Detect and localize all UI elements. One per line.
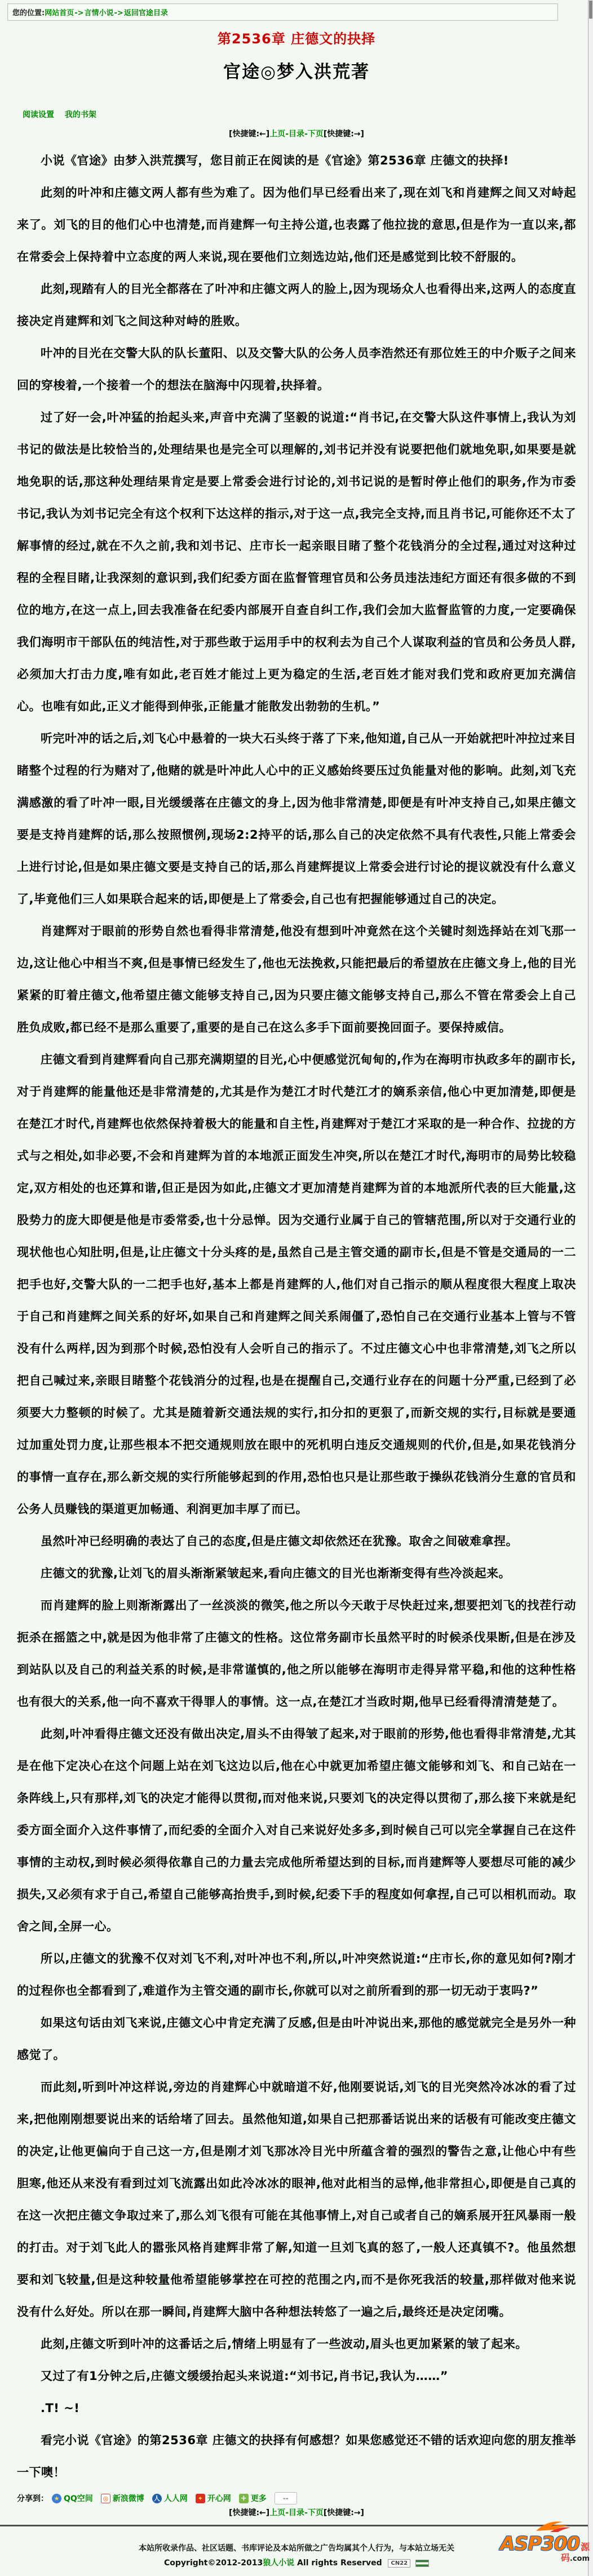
- paragraph: 虽然叶冲已经明确的表达了自己的态度,但是庄德文却依然还在犹豫。取舍之间破难拿捏。: [17, 1525, 576, 1558]
- novel-reader-page: 您的位置:网站首页->言情小说->返回官途目录 第2536章 庄德文的抉择 官途…: [0, 0, 593, 2576]
- paragraph: 肖建辉对于眼前的形势自然也看得非常清楚,他没有想到叶冲竟然在这个关键时刻选择站在…: [17, 915, 576, 1044]
- scrollbar[interactable]: [588, 0, 593, 2576]
- share-renren-link[interactable]: 人人网: [164, 2493, 188, 2504]
- weibo-icon[interactable]: ◎: [101, 2494, 110, 2503]
- flame-icon: [533, 2519, 573, 2533]
- paragraph: 过了好一会,叶冲猛的抬起头来,声音中充满了坚毅的说道:“肖书记,在交警大队这件事…: [17, 402, 576, 723]
- breadcrumb-link[interactable]: 网站首页: [45, 9, 74, 17]
- share-bar: 分享到： ★QQ空间◎新浪微博人人人网✦开心网+更多 --: [17, 2492, 593, 2504]
- hotkey-left-label: [快捷键:←]: [229, 2508, 269, 2517]
- paragraph: 庄德文的犹豫,让刘飞的眉头渐渐紧皱起来,看向庄德文的目光也渐渐变得有些冷淡起来。: [17, 1558, 576, 1590]
- reader-toolbar: 阅读设置 我的书架: [23, 109, 593, 120]
- paragraph: 而此刻,听到叶冲这样说,旁边的肖建辉心中就暗道不好,他刚要说话,刘飞的目光突然冷…: [17, 2071, 576, 2328]
- more-icon[interactable]: +: [239, 2494, 249, 2503]
- pager-top: [快捷键:←]上页-目录-下页[快捷键:→]: [0, 128, 593, 139]
- share-weibo-link[interactable]: 新浪微博: [113, 2493, 144, 2504]
- chapter-title: 第2536章 庄德文的抉择: [0, 28, 593, 47]
- prev-page-link[interactable]: 上页: [269, 130, 285, 139]
- breadcrumb-link[interactable]: 返回官途目录: [124, 9, 168, 17]
- share-label: 分享到：: [17, 2493, 48, 2504]
- renren-icon[interactable]: 人: [152, 2494, 162, 2503]
- my-bookshelf-link[interactable]: 我的书架: [65, 110, 96, 119]
- chapter-content: 小说《官途》由梦入洪荒撰写，您目前正在阅读的是《官途》第2536章 庄德文的抉择…: [17, 145, 576, 2489]
- paragraph: 此刻的叶冲和庄德文两人都有些为难了。因为他们早已经看出来了,现在刘飞和肖建辉之间…: [17, 177, 576, 273]
- share-items: ★QQ空间◎新浪微博人人人网✦开心网+更多: [52, 2493, 275, 2504]
- next-page-link[interactable]: 下页: [308, 130, 324, 139]
- paragraph: 所以,庄德文的犹豫不仅对刘飞不利,对叶冲也不利,所以,叶冲突然说道:“庄市长,你…: [17, 1943, 576, 2007]
- share-qzone-link[interactable]: QQ空间: [64, 2493, 93, 2504]
- book-title: 官途◎梦入洪荒著: [0, 57, 593, 83]
- cn-badge: CN22: [388, 2559, 410, 2568]
- share-more-link[interactable]: 更多: [251, 2493, 267, 2504]
- pager-bottom: [快捷键:←]上页-目录-下页[快捷键:→]: [0, 2507, 593, 2518]
- next-page-link[interactable]: 下页: [308, 2508, 324, 2517]
- paragraph: 此刻,叶冲看得庄德文还没有做出决定,眉头不由得皱了起来,对于眼前的形势,他也看得…: [17, 1718, 576, 1943]
- kaixin-icon[interactable]: ✦: [196, 2494, 205, 2503]
- scrollbar-thumb[interactable]: [589, 1, 592, 19]
- breadcrumb: 您的位置:网站首页->言情小说->返回官途目录: [7, 3, 558, 21]
- paragraph: 此刻,庄德文听到叶冲的这番话之后,情绪上明显有了一些波动,眉头也更加紧紧的皱了起…: [17, 2328, 576, 2360]
- toc-link[interactable]: 目录: [289, 130, 304, 139]
- breadcrumb-link[interactable]: 言情小说: [85, 9, 114, 17]
- prev-page-link[interactable]: 上页: [269, 2508, 285, 2517]
- hotkey-left-label: [快捷键:←]: [229, 130, 269, 139]
- reading-settings-link[interactable]: 阅读设置: [23, 110, 54, 119]
- site-name-link[interactable]: 狼人小说: [263, 2559, 294, 2568]
- share-kaixin-link[interactable]: 开心网: [207, 2493, 231, 2504]
- hotkey-right-label: [快捷键:→]: [324, 130, 364, 139]
- paragraph: 庄德文看到肖建辉看向自己那充满期望的目光,心中便感觉沉甸甸的,作为在海明市执政多…: [17, 1044, 576, 1525]
- toc-link[interactable]: 目录: [289, 2508, 304, 2517]
- paragraph: 听完叶冲的话之后,刘飞心中悬着的一块大石头终于落了下来,他知道,自己从一开始就把…: [17, 723, 576, 915]
- paragraph: .T! ~!: [17, 2392, 576, 2424]
- hotkey-right-label: [快捷键:→]: [324, 2508, 364, 2517]
- flag-badge: [415, 2560, 429, 2567]
- paragraph: 叶冲的目光在交警大队的队长董阳、以及交警大队的公务人员李浩然还有那位姓王的中介贩…: [17, 337, 576, 402]
- paragraph: 如果这句话由刘飞来说,庄德文心中肯定充满了反感,但是由叶冲说出来,那他的感觉就完…: [17, 2007, 576, 2071]
- paragraph: 又过了有1分钟之后,庄德文缓缓抬起头来说道:“刘书记,肖书记,我认为……”: [17, 2360, 576, 2392]
- breadcrumb-prefix: 您的位置:: [12, 7, 45, 17]
- footer: 本站所收录作品、社区话题、书库评论及本站所做之广告均属其个人行为，与本站立场无关…: [0, 2526, 593, 2576]
- paragraph: 而肖建辉的脸上则渐渐露出了一丝淡淡的微笑,他之所以今天敢于尽快赶过来,想要把刘飞…: [17, 1590, 576, 1718]
- breadcrumb-links: 网站首页->言情小说->返回官途目录: [45, 7, 168, 17]
- qzone-icon[interactable]: ★: [52, 2494, 61, 2503]
- share-more-box[interactable]: --: [275, 2492, 297, 2504]
- paragraph: 看完小说《官途》的第2536章 庄德文的抉择有何感想？如果您感觉还不错的话欢迎向…: [17, 2424, 576, 2489]
- paragraph: 此刻,现踏有人的目光全都落在了叶冲和庄德文两人的脸上,因为现场众人也看得出来,这…: [17, 273, 576, 337]
- asp300-logo[interactable]: ASP300源码.com: [483, 2519, 590, 2562]
- paragraph: 小说《官途》由梦入洪荒撰写，您目前正在阅读的是《官途》第2536章 庄德文的抉择…: [17, 145, 576, 177]
